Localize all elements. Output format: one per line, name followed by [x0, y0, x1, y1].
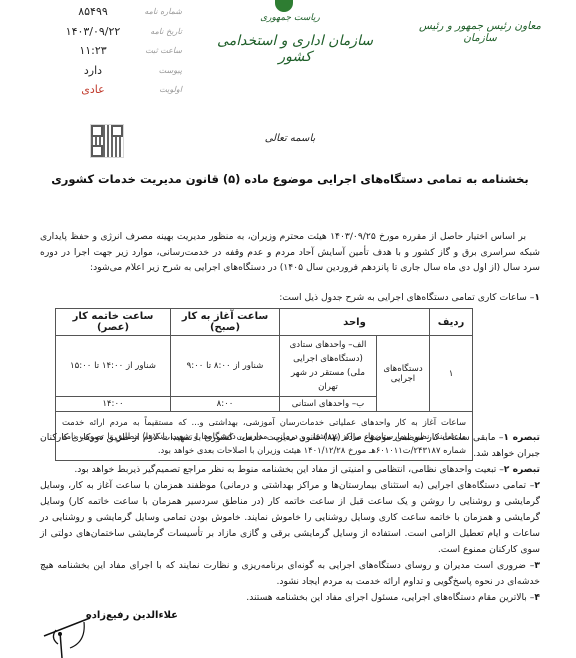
item-4: ۴– بالاترین مقام دستگاه‌های اجرایی، مسئو…	[40, 590, 540, 606]
letter-metadata: شماره نامه ۸۵۴۹۹ تاریخ نامه ۱۴۰۳/۰۹/۲۲ س…	[52, 2, 182, 100]
table-header-row: ردیف واحد ساعت آغاز به کار (صبح) ساعت خا…	[56, 309, 473, 336]
meta-priority: اولویت عادی	[52, 80, 182, 100]
note-2: تبصره ۲– تبعیت واحدهای نظامی، انتظامی و …	[40, 462, 540, 478]
item-2: ۲– تمامی دستگاه‌های اجرایی (به استثنای ب…	[40, 478, 540, 558]
qr-code-icon	[91, 125, 123, 157]
item-1: ۱– ساعات کاری تمامی دستگاه‌های اجرایی به…	[40, 292, 540, 303]
intro-paragraph: بر اساس اختیار حاصل از مقرره مورخ ۱۴۰۳/۰…	[40, 229, 540, 276]
presidency-label: ریاست جمهوری	[255, 13, 325, 23]
meta-letter-date: تاریخ نامه ۱۴۰۳/۰۹/۲۲	[52, 22, 182, 42]
organization-name: سازمان اداری و استخدامی کشور	[215, 33, 375, 65]
bismillah: باسمه تعالی	[250, 133, 330, 144]
note-1: تبصره ۱– مابقی ساعات کار موظفی موضوع ماد…	[40, 430, 540, 462]
vp-title: معاون رئیس جمهور و رئیس سازمان	[405, 20, 555, 44]
item-3: ۳– ضروری است مدیران و روسای دستگاه‌های ا…	[40, 558, 540, 590]
meta-letter-number: شماره نامه ۸۵۴۹۹	[52, 2, 182, 22]
document-title: بخشنامه به تمامی دستگاه‌های اجرایی موضوع…	[40, 172, 540, 186]
signature-icon	[40, 612, 100, 658]
meta-register-time: ساعت ثبت ۱۱:۲۳	[52, 41, 182, 61]
meta-attachment: پیوست دارد	[52, 61, 182, 81]
notes-and-items: تبصره ۱– مابقی ساعات کار موظفی موضوع ماد…	[40, 430, 540, 606]
table-row: ۱ دستگاه‌های اجرایی الف– واحدهای ستادی (…	[56, 336, 473, 397]
emblem-logo-icon	[262, 0, 306, 12]
circular-document: شماره نامه ۸۵۴۹۹ تاریخ نامه ۱۴۰۳/۰۹/۲۲ س…	[0, 0, 576, 658]
